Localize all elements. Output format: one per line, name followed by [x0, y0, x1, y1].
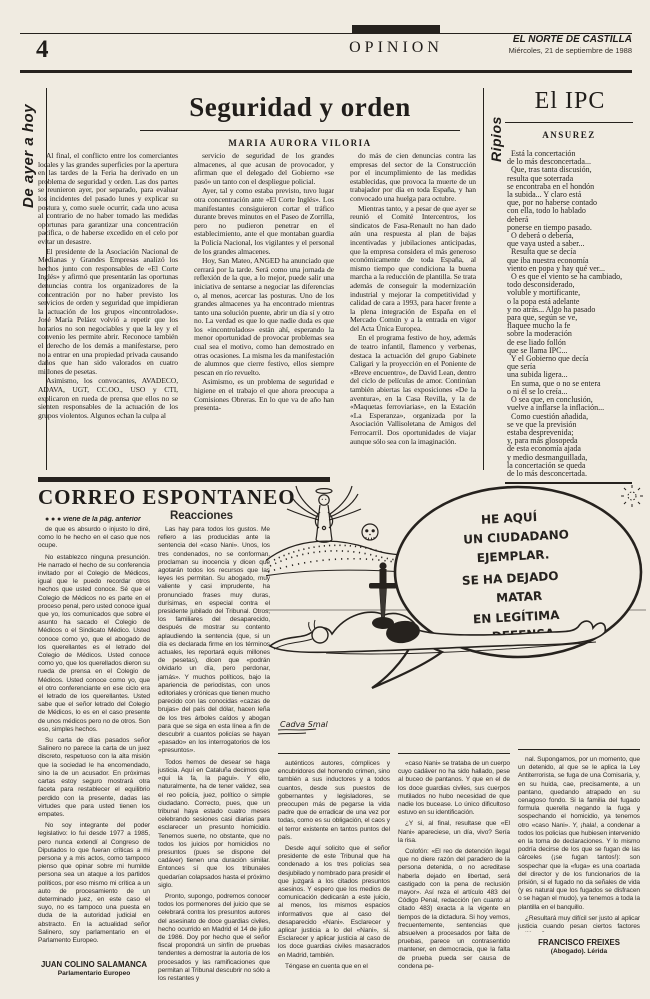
article-column-3: do más de cien denuncias contra las empr… — [350, 152, 476, 470]
paragraph: ¿Y si, al final, resultase que «El Nani»… — [398, 820, 510, 845]
page-number: 4 — [36, 36, 49, 64]
paragraph: ¿Resultará muy difícil ser justo al apli… — [518, 915, 640, 932]
signature-juan-colino: JUAN COLINO SALAMANCA Parlamentario Euro… — [38, 960, 150, 977]
masthead: EL NORTE DE CASTILLA — [430, 34, 632, 45]
paragraph: Mientras tanto, y a pesar de que ayer se… — [350, 205, 476, 334]
paragraph: nal. Supongamos, por un momento, que un … — [518, 756, 640, 912]
speech-bubble: HE AQUÍ UN CIUDADANO EJEMPLAR. SE HA DEJ… — [372, 487, 641, 688]
continued-from-note: ● ● ● viene de la pág. anterior — [38, 516, 150, 523]
paragraph: de que es absurdo o injusto lo diré, com… — [38, 526, 150, 551]
paragraph: servicio de seguridad de los grandes alm… — [194, 152, 334, 186]
letters-column-c: auténticos autores, cómplices y encubrid… — [278, 760, 390, 988]
date: Miércoles, 21 de septiembre de 1988 — [430, 46, 632, 55]
header-bottom-rule — [20, 70, 632, 73]
article-title: Seguridad y orden — [110, 92, 490, 123]
verse-line: de lo más desconcertada. — [507, 470, 643, 478]
paragraph: Asimismo, los convocantes, AVADECO, ADAV… — [38, 377, 178, 420]
paragraph: auténticos autores, cómplices y encubrid… — [278, 760, 390, 842]
ipc-title-rule — [505, 122, 633, 123]
sun-icon — [621, 485, 643, 507]
vertical-label-de-ayer-a-hoy: De ayer a hoy — [20, 104, 37, 208]
bubble-line: MATAR — [496, 589, 543, 605]
paragraph: Las hay para todos los gustos. Me refier… — [158, 526, 270, 756]
paragraph: Téngase en cuenta que en el — [278, 963, 390, 971]
paragraph: El presidente de la Asociación Nacional … — [38, 248, 178, 377]
signature-role: Parlamentario Europeo — [38, 970, 150, 977]
bubble-line: HE AQUÍ — [481, 509, 538, 527]
paragraph: Colofón: «El reo de detención ilegal que… — [398, 848, 510, 971]
letters-column-e: nal. Supongamos, por un momento, que un … — [518, 756, 640, 932]
paragraph: Ayer, tal y como estaba previsto, tuvo l… — [194, 187, 334, 256]
continued-note-text: viene de la pág. anterior — [63, 516, 141, 523]
angel-figure — [287, 486, 361, 542]
letters-column-b: Reacciones Las hay para todos los gustos… — [158, 510, 270, 988]
ipc-title: El IPC — [505, 88, 635, 115]
opinion-black-bar — [352, 25, 440, 34]
title-byline-rule — [140, 130, 460, 131]
newspaper-page: { "header": { "page_number": "4", "secti… — [0, 0, 650, 999]
article-column-2: servicio de seguridad de los grandes alm… — [194, 152, 334, 470]
letters-column-b-text: Las hay para todos los gustos. Me refier… — [158, 526, 270, 983]
paragraph: Todos hemos de desear se haga justicia. … — [158, 759, 270, 890]
vertical-label-ripios: Ripios — [488, 116, 504, 162]
ipc-byline: ANSUREZ — [505, 130, 633, 140]
article-column-1: Al final, el conflicto entre los comerci… — [38, 152, 178, 470]
cartoonist-signature: Cadva Smal — [278, 720, 329, 734]
article-byline: MARIA AURORA VILORIA — [110, 138, 490, 148]
paragraph: Asimismo, es un problema de seguridad e … — [194, 378, 334, 412]
paragraph: No establezco ninguna presunción. He nar… — [38, 554, 150, 734]
artist-name: Cadva Smal — [280, 720, 329, 729]
letters-column-a: ● ● ● viene de la pág. anterior de que e… — [38, 516, 150, 956]
paragraph: Desde aquí solicito que el señor preside… — [278, 845, 390, 960]
paragraph: Pronto, supongo, podremos conocer todos … — [158, 893, 270, 983]
paragraph: En el programa festivo de hoy, además de… — [350, 334, 476, 446]
signature-name: JUAN COLINO SALAMANCA — [38, 960, 150, 969]
signature-name: FRANCISCO FREIXES — [518, 938, 640, 947]
paragraph: «caso Nani» se trataba de un cuerpo cuyo… — [398, 760, 510, 817]
continued-marker: ● ● ● — [45, 516, 61, 523]
editorial-cartoon: HE AQUÍ UN CIUDADANO EJEMPLAR. SE HA DEJ… — [266, 482, 646, 748]
paragraph: do más de cien denuncias contra las empr… — [350, 152, 476, 204]
reacciones-heading: Reacciones — [170, 510, 270, 522]
letters-column-a-text: de que es absurdo o injusto lo diré, com… — [38, 526, 150, 945]
letters-column-d: «caso Nani» se trataba de un cuerpo cuyo… — [398, 760, 510, 988]
ipc-verse: Está la concertaciónde lo más desconcert… — [507, 150, 643, 480]
paragraph: Hoy, San Mateo, ANGED ha anunciado que c… — [194, 257, 334, 377]
signature-role: (Abogado). Lérida — [518, 948, 640, 955]
paragraph: No soy integrante del poder legislativo:… — [38, 822, 150, 945]
signature-francisco-freixes: FRANCISCO FREIXES (Abogado). Lérida — [518, 938, 640, 955]
paragraph: Al final, el conflicto entre los comerci… — [38, 152, 178, 247]
column-e-top-rule — [518, 749, 640, 750]
column-d-top-rule — [398, 753, 510, 754]
column-c-top-rule — [278, 753, 390, 754]
paragraph: Su carta de días pasados señor Salinero … — [38, 737, 150, 819]
skull-icon — [362, 524, 378, 540]
